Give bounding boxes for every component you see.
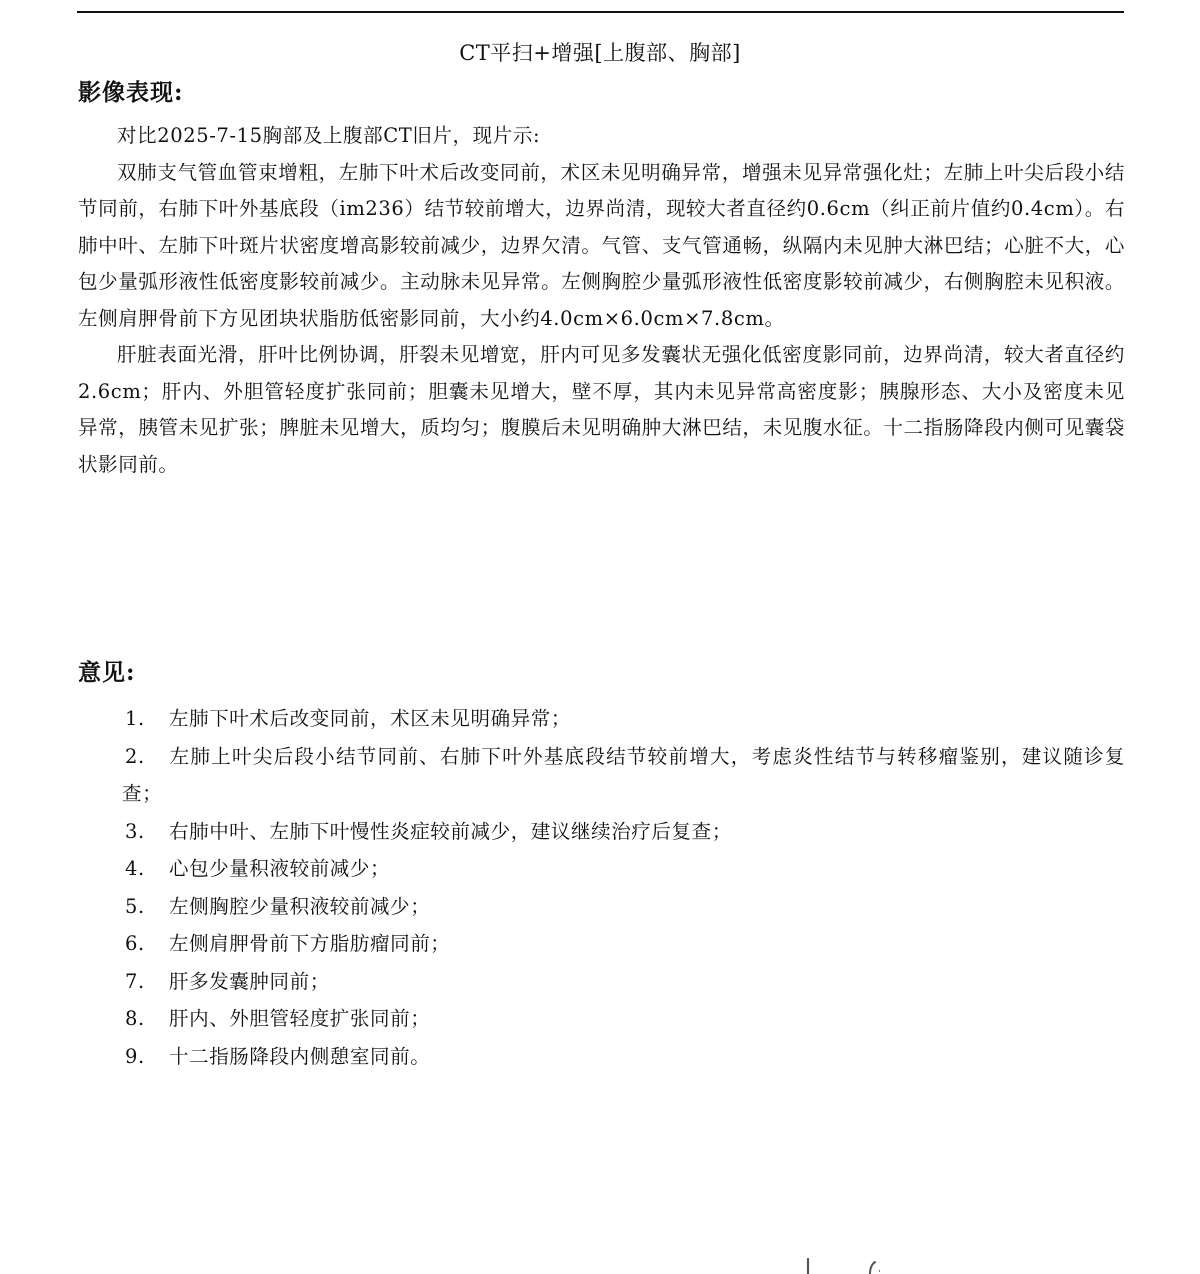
impression-item-text: 肝多发囊肿同前； bbox=[169, 970, 330, 993]
impression-item-text: 右肺中叶、左肺下叶慢性炎症较前减少，建议继续治疗后复查； bbox=[169, 820, 732, 843]
impression-item: 5.左侧胸腔少量积液较前减少； bbox=[122, 888, 1125, 926]
findings-paragraph-comparison: 对比2025-7-15胸部及上腹部CT旧片，现片示: bbox=[78, 118, 1125, 155]
impression-item-number: 8. bbox=[122, 1000, 169, 1038]
impression-item-text: 十二指肠降段内侧憩室同前。 bbox=[169, 1045, 430, 1068]
impression-item-number: 4. bbox=[122, 850, 169, 888]
signature-fragment-icon bbox=[800, 1258, 880, 1274]
impression-item-text: 心包少量积液较前减少； bbox=[169, 857, 390, 880]
impression-item: 9.十二指肠降段内侧憩室同前。 bbox=[122, 1038, 1125, 1076]
impression-item: 2.左肺上叶尖后段小结节同前、右肺下叶外基底段结节较前增大，考虑炎性结节与转移瘤… bbox=[122, 738, 1125, 813]
impression-item-number: 9. bbox=[122, 1038, 169, 1076]
impression-item-number: 6. bbox=[122, 925, 169, 963]
impression-item-number: 7. bbox=[122, 963, 169, 1001]
impression-item-text: 左肺下叶术后改变同前，术区未见明确异常； bbox=[169, 707, 571, 730]
findings-paragraph-abdomen: 肝脏表面光滑，肝叶比例协调，肝裂未见增宽，肝内可见多发囊状无强化低密度影同前，边… bbox=[78, 337, 1125, 483]
impression-item-text: 左肺上叶尖后段小结节同前、右肺下叶外基底段结节较前增大，考虑炎性结节与转移瘤鉴别… bbox=[122, 745, 1125, 806]
impression-item: 1.左肺下叶术后改变同前，术区未见明确异常； bbox=[122, 700, 1125, 738]
header-divider bbox=[77, 11, 1124, 13]
impression-item: 8.肝内、外胆管轻度扩张同前； bbox=[122, 1000, 1125, 1038]
impression-item-number: 5. bbox=[122, 888, 169, 926]
impression-item-text: 左侧胸腔少量积液较前减少； bbox=[169, 895, 430, 918]
impression-heading: 意见: bbox=[78, 658, 136, 688]
findings-heading: 影像表现: bbox=[78, 78, 184, 108]
impression-item-number: 2. bbox=[122, 738, 169, 776]
report-title: CT平扫+增强[上腹部、胸部] bbox=[0, 38, 1200, 68]
impression-item: 6.左侧肩胛骨前下方脂肪瘤同前； bbox=[122, 925, 1125, 963]
impression-item-text: 左侧肩胛骨前下方脂肪瘤同前； bbox=[169, 932, 450, 955]
impression-item-number: 3. bbox=[122, 813, 169, 851]
impression-item: 4.心包少量积液较前减少； bbox=[122, 850, 1125, 888]
impression-item: 3.右肺中叶、左肺下叶慢性炎症较前减少，建议继续治疗后复查； bbox=[122, 813, 1125, 851]
impression-list: 1.左肺下叶术后改变同前，术区未见明确异常； 2.左肺上叶尖后段小结节同前、右肺… bbox=[122, 700, 1125, 1075]
impression-item-number: 1. bbox=[122, 700, 169, 738]
impression-item: 7.肝多发囊肿同前； bbox=[122, 963, 1125, 1001]
findings-body: 对比2025-7-15胸部及上腹部CT旧片，现片示: 双肺支气管血管束增粗，左肺… bbox=[78, 118, 1125, 483]
findings-paragraph-chest: 双肺支气管血管束增粗，左肺下叶术后改变同前，术区未见明确异常，增强未见异常强化灶… bbox=[78, 155, 1125, 338]
impression-item-text: 肝内、外胆管轻度扩张同前； bbox=[169, 1007, 430, 1030]
